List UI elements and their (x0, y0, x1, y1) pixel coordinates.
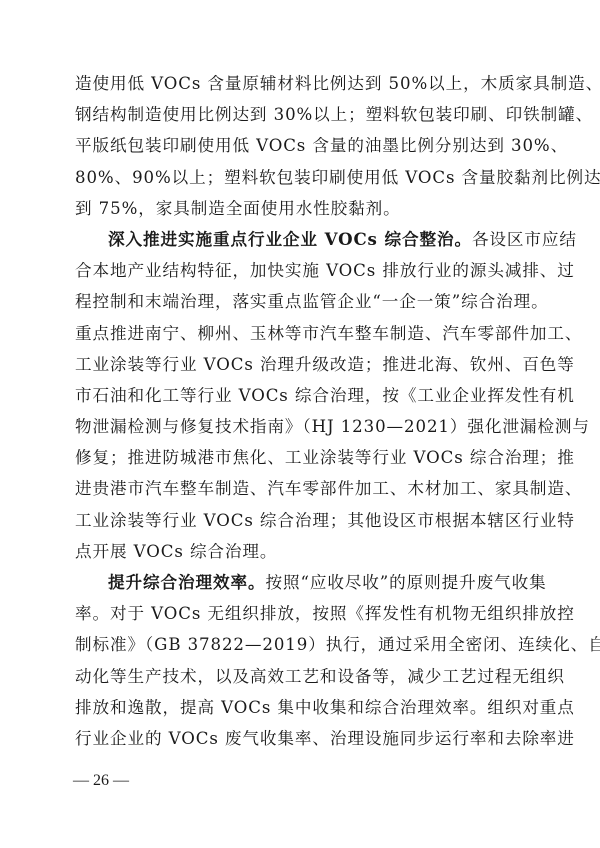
text-run: 按照“应收尽收”的原则提升废气收集 (265, 573, 546, 592)
text-line: 市石油和化工等行业 VOCs 综合治理，按《工业企业挥发性有机 (75, 380, 537, 411)
text-line: 制标准》（GB 37822—2019）执行，通过采用全密闭、连续化、自 (75, 629, 537, 660)
text-line: 排放和逸散，提高 VOCs 集中收集和综合治理效率。组织对重点 (75, 692, 537, 723)
text-line: 修复；推进防城港市焦化、工业涂装等行业 VOCs 综合治理；推 (75, 442, 537, 473)
text-line: 物泄漏检测与修复技术指南》（HJ 1230—2021）强化泄漏检测与 (75, 411, 537, 442)
text-line: 合本地产业结构特征，加快实施 VOCs 排放行业的源头减排、过 (75, 255, 537, 286)
text-line: 重点推进南宁、柳州、玉林等市汽车整车制造、汽车零部件加工、 (75, 318, 537, 349)
text-line: 平版纸包装印刷使用低 VOCs 含量的油墨比例分别达到 30%、 (75, 130, 537, 161)
text-line: 动化等生产技术，以及高效工艺和设备等，减少工艺过程无组织 (75, 661, 537, 692)
text-line: 程控制和末端治理，落实重点监管企业“一企一策”综合治理。 (75, 286, 537, 317)
paragraph-heading: 深入推进实施重点行业企业 VOCs 综合整治。 (108, 229, 472, 249)
text-line: 点开展 VOCs 综合治理。 (75, 536, 537, 567)
text-run: 各设区市应结 (472, 230, 577, 249)
text-line: 造使用低 VOCs 含量原辅材料比例达到 50%以上，木质家具制造、 (75, 68, 537, 99)
text-line: 到 75%，家具制造全面使用水性胶黏剂。 (75, 193, 537, 224)
text-line: 工业涂装等行业 VOCs 综合治理；其他设区市根据本辖区行业特 (75, 505, 537, 536)
text-line: 钢结构制造使用比例达到 30%以上；塑料软包装印刷、印铁制罐、 (75, 99, 537, 130)
paragraph-heading-line: 深入推进实施重点行业企业 VOCs 综合整治。各设区市应结 (75, 224, 537, 255)
paragraph-heading-line: 提升综合治理效率。按照“应收尽收”的原则提升废气收集 (75, 567, 537, 598)
page-number: — 26 — (73, 772, 129, 790)
text-line: 80%、90%以上；塑料软包装印刷使用低 VOCs 含量胶黏剂比例达 (75, 162, 537, 193)
text-line: 工业涂装等行业 VOCs 治理升级改造；推进北海、钦州、百色等 (75, 349, 537, 380)
document-page: 造使用低 VOCs 含量原辅材料比例达到 50%以上，木质家具制造、 钢结构制造… (0, 0, 600, 848)
text-line: 进贵港市汽车整车制造、汽车零部件加工、木材加工、家具制造、 (75, 473, 537, 504)
text-line: 行业企业的 VOCs 废气收集率、治理设施同步运行率和去除率进 (75, 723, 537, 754)
paragraph-heading: 提升综合治理效率。 (108, 572, 265, 592)
text-line: 率。对于 VOCs 无组织排放，按照《挥发性有机物无组织排放控 (75, 598, 537, 629)
body-text: 造使用低 VOCs 含量原辅材料比例达到 50%以上，木质家具制造、 钢结构制造… (75, 68, 537, 754)
